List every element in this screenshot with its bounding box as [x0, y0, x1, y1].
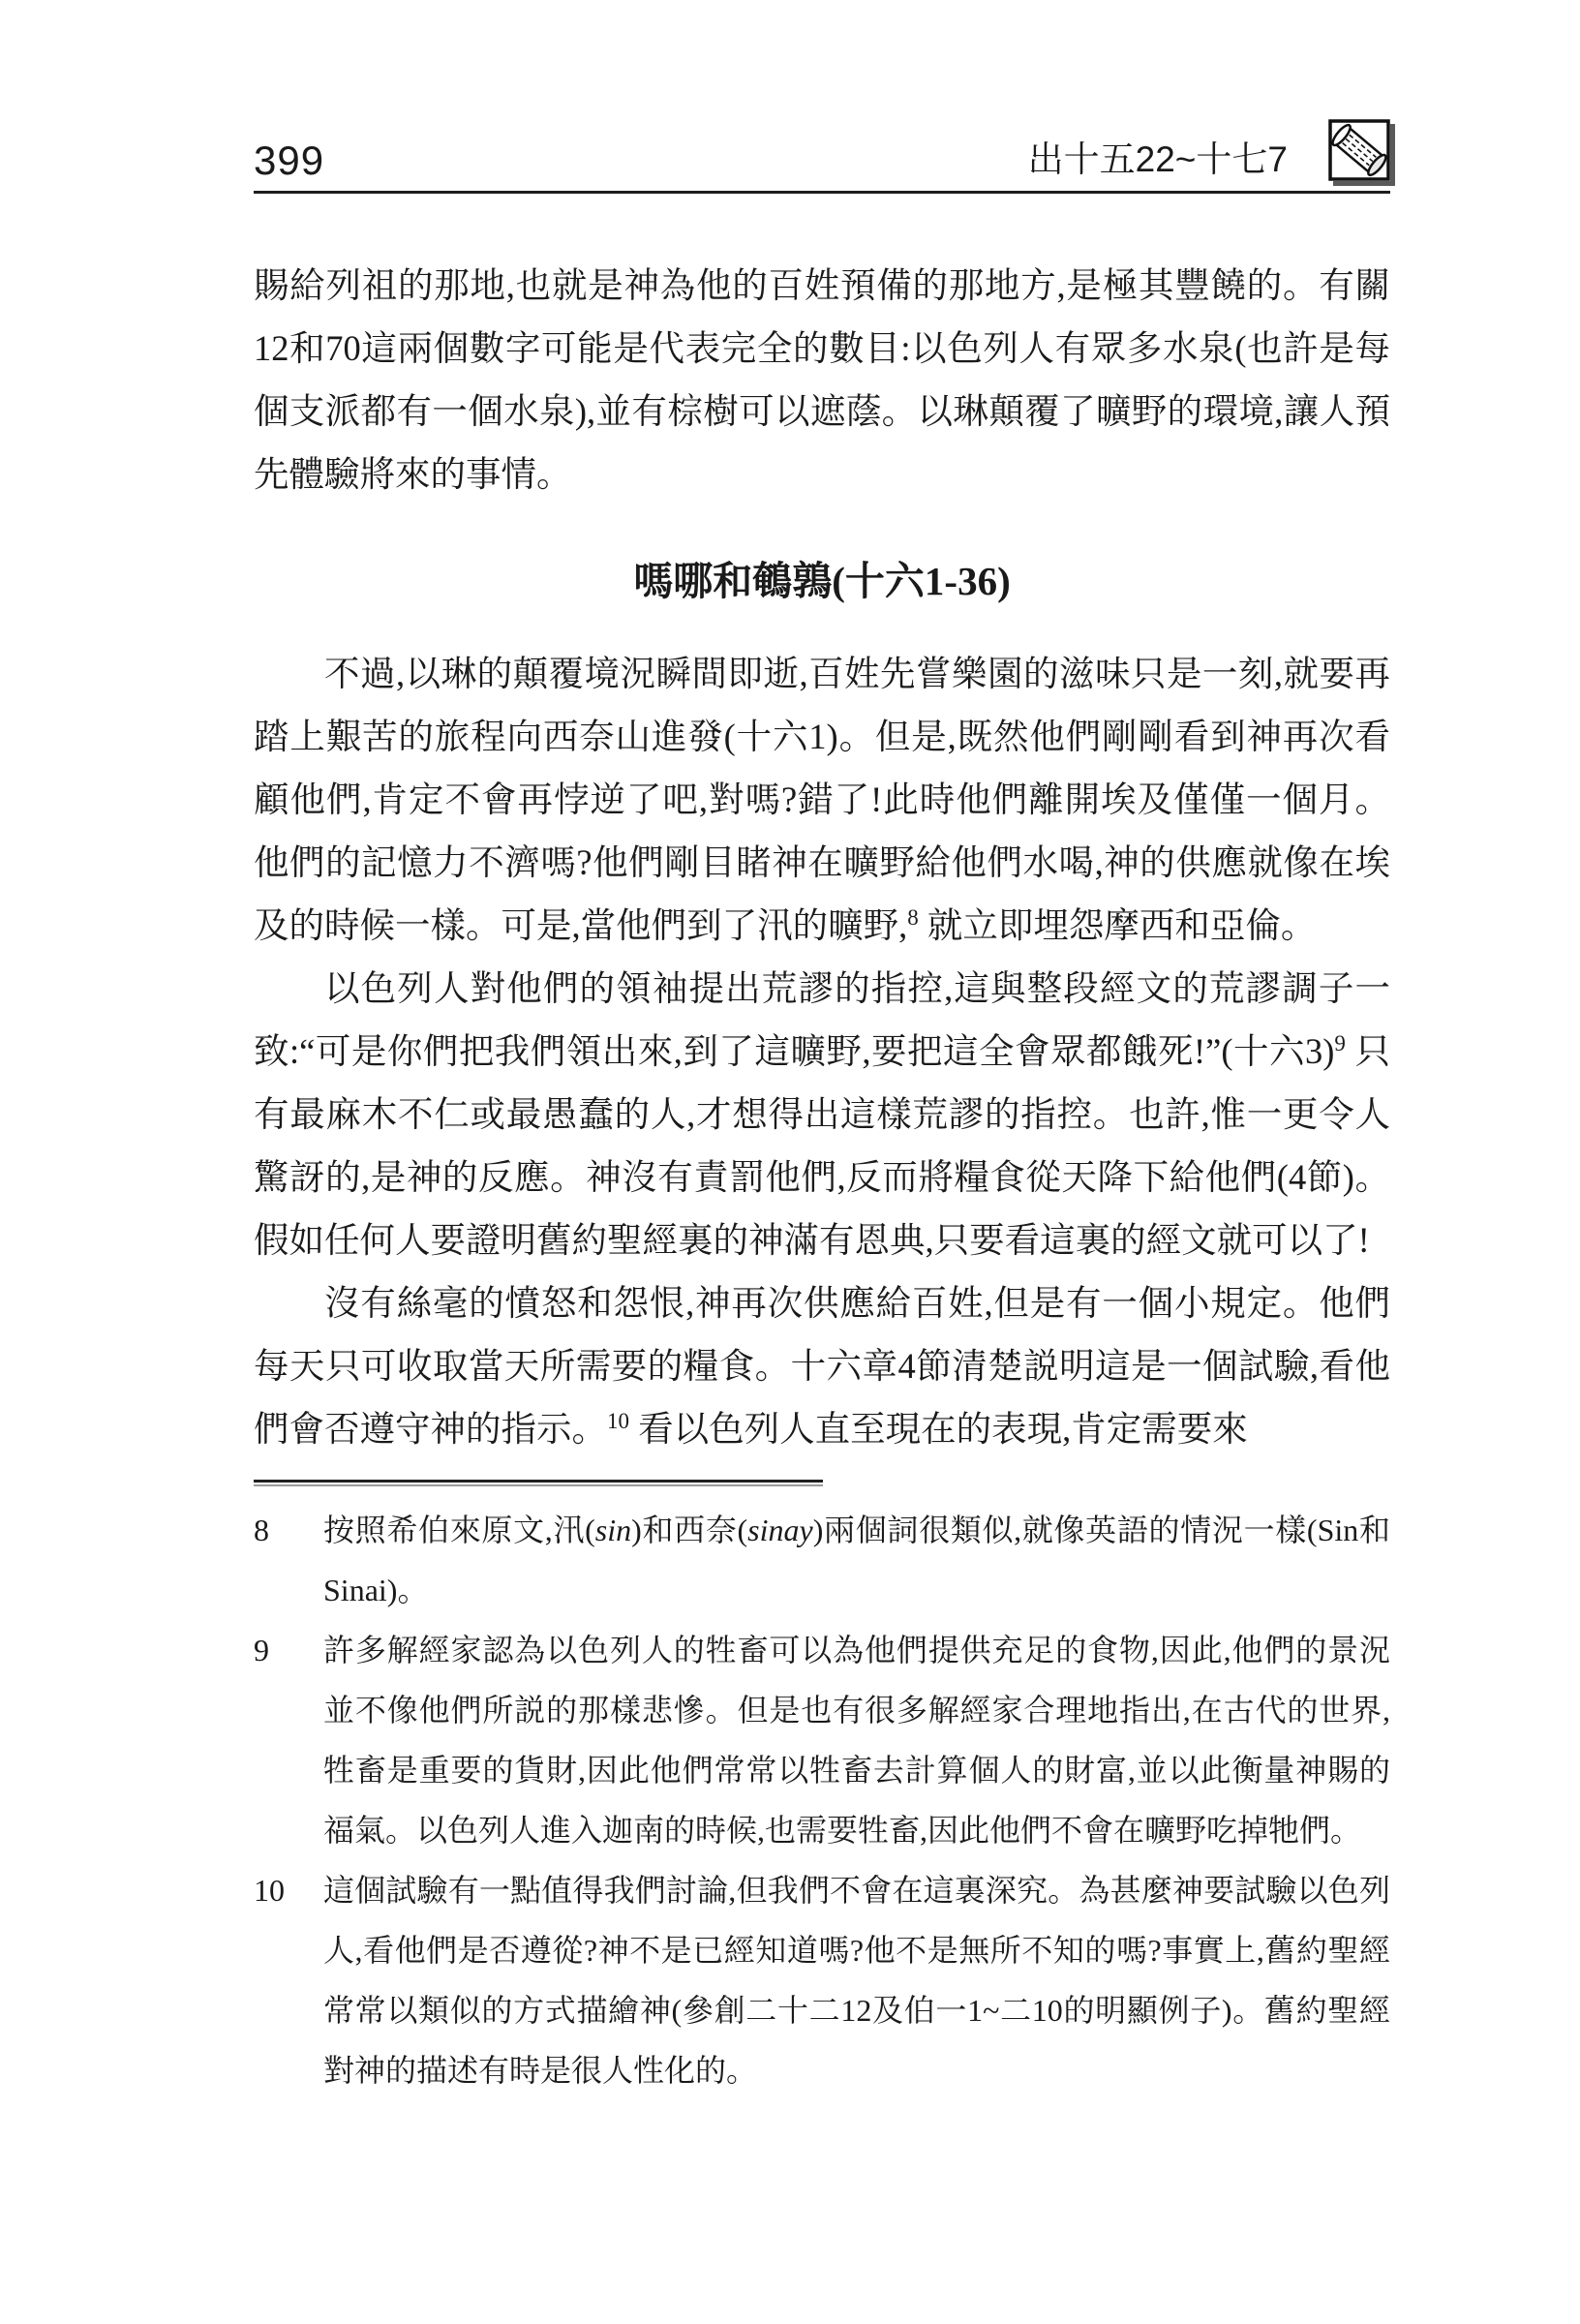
footnote-number: 8: [254, 1500, 323, 1620]
footnote-divider: [254, 1480, 823, 1486]
footnote: 10這個試驗有一點值得我們討論,但我們不會在這裏深究。為甚麼神要試驗以色列人,看…: [254, 1860, 1390, 2100]
header-right: 出十五22~十七7: [1028, 119, 1390, 191]
footnote: 9許多解經家認為以色列人的牲畜可以為他們提供充足的食物,因此,他們的景況並不像他…: [254, 1620, 1390, 1860]
footnote: 8按照希伯來原文,汛(sin)和西奈(sinay)兩個詞很類似,就像英語的情況一…: [254, 1500, 1390, 1620]
paragraph-3: 以色列人對他們的領袖提出荒謬的指控,這與整段經文的荒謬調子一致:“可是你們把我們…: [254, 957, 1390, 1271]
page-body: 賜給列祖的那地,也就是神為他的百姓預備的那地方,是極其豐饒的。有關12和70這兩…: [254, 254, 1390, 2100]
section-heading: 嗎哪和鵪鶉(十六1-36): [254, 550, 1390, 613]
footnote-number: 9: [254, 1620, 323, 1860]
paragraph-2: 不過,以琳的顛覆境況瞬間即逝,百姓先嘗樂園的滋味只是一刻,就要再踏上艱苦的旅程向…: [254, 642, 1390, 957]
page-header: 399 出十五22~十七7: [254, 0, 1390, 194]
footnotes-section: 8按照希伯來原文,汛(sin)和西奈(sinay)兩個詞很類似,就像英語的情況一…: [254, 1500, 1390, 2100]
scroll-icon: [1328, 119, 1390, 181]
page-number: 399: [254, 140, 324, 191]
book-page: 399 出十五22~十七7 賜給列祖的那地,也就是神為他的百: [0, 0, 1580, 2324]
paragraph-4: 沒有絲毫的憤怒和怨恨,神再次供應給百姓,但是有一個小規定。他們每天只可收取當天所…: [254, 1271, 1390, 1460]
section-reference: 出十五22~十七7: [1028, 141, 1288, 191]
footnote-text: 按照希伯來原文,汛(sin)和西奈(sinay)兩個詞很類似,就像英語的情況一樣…: [323, 1500, 1390, 1620]
footnote-number: 10: [254, 1860, 323, 2100]
footnote-text: 許多解經家認為以色列人的牲畜可以為他們提供充足的食物,因此,他們的景況並不像他們…: [323, 1620, 1390, 1860]
footnote-text: 這個試驗有一點值得我們討論,但我們不會在這裏深究。為甚麼神要試驗以色列人,看他們…: [323, 1860, 1390, 2100]
paragraph-1: 賜給列祖的那地,也就是神為他的百姓預備的那地方,是極其豐饒的。有關12和70這兩…: [254, 254, 1390, 505]
